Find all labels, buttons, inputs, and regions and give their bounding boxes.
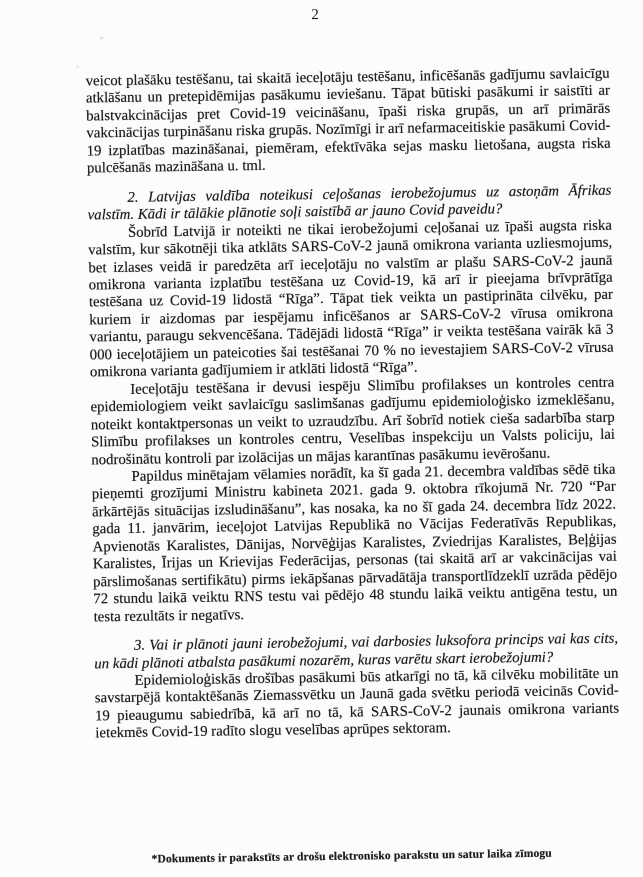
- paragraph-vaccination-measures: veicot plašāku testēšanu, tai skaitā iec…: [86, 66, 611, 178]
- document-body: veicot plašāku testēšanu, tai skaitā iec…: [86, 66, 620, 743]
- answer-3-epidemiological-outlook: Epidemioloģiskās drošības pasākumi būs a…: [94, 666, 619, 744]
- answer-2-regulation-amendments: Papildus minētajam vēlamies norādīt, ka …: [91, 462, 617, 627]
- signature-footer-note: *Dokuments ir parakstīts ar drošu elektr…: [6, 845, 643, 868]
- answer-2-testing-airport: Šobrīd Latvijā ir noteikti ne tikai iero…: [88, 217, 614, 382]
- scanned-document-page: 2 veicot plašāku testēšanu, tai skaitā i…: [0, 0, 643, 877]
- answer-2-contact-tracing: Ieceļotāju testēšana ir devusi iespēju S…: [90, 374, 615, 469]
- scan-artifact: [76, 66, 78, 68]
- scan-artifact: [100, 37, 103, 39]
- document-sheet: 2 veicot plašāku testēšanu, tai skaitā i…: [0, 0, 643, 877]
- page-number: 2: [0, 0, 637, 29]
